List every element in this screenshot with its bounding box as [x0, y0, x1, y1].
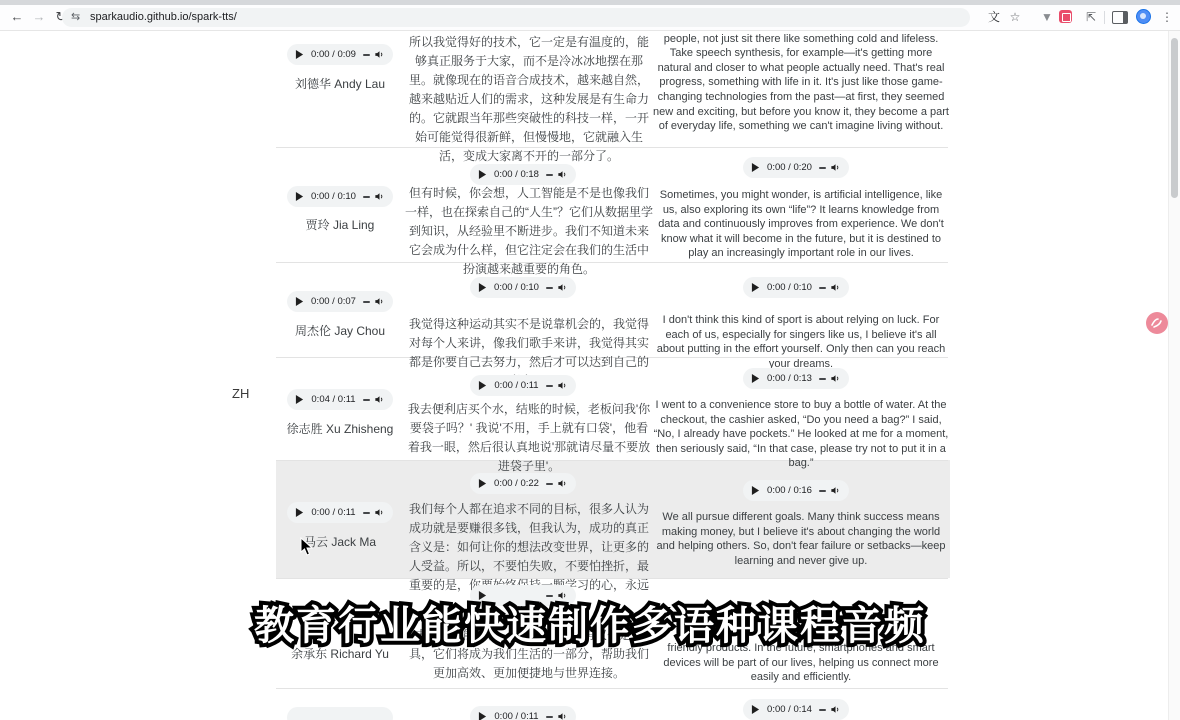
audio-player[interactable]: 0:00 / 0:10 [287, 186, 393, 207]
player-time: 0:00 / 0:07 [308, 296, 359, 307]
forward-icon[interactable]: → [30, 8, 48, 26]
english-text: Sometimes, you might wonder, is artifici… [653, 188, 949, 261]
language-section-label: ZH [232, 386, 249, 401]
player-time: 0:00 / 0:22 [491, 478, 542, 489]
speaker-name: 马云 Jack Ma [265, 533, 415, 550]
player-time: 0:00 / 0:11 [491, 380, 542, 391]
url-text[interactable]: sparkaudio.github.io/spark-tts/ [90, 11, 237, 23]
english-text: I went to a convenience store to buy a b… [653, 398, 949, 471]
volume-icon[interactable] [830, 282, 841, 293]
speaker-name: 刘德华 Andy Lau [265, 75, 415, 92]
volume-icon[interactable] [830, 162, 841, 173]
share-square-icon[interactable]: ⇱ [1082, 9, 1100, 25]
seek-dash[interactable] [546, 287, 553, 289]
audio-player[interactable]: 0:00 / 0:22 [470, 473, 576, 494]
player-time: 0:00 / 0:11 [491, 711, 542, 720]
play-icon[interactable] [295, 297, 304, 306]
audio-player[interactable]: 0:00 / 0:10 [470, 277, 576, 298]
player-time: 0:00 / 0:14 [764, 704, 815, 715]
subtitle-overlay: 教育行业能快速制作多语种课程音频 教育行业能快速制作多语种课程音频 [0, 594, 1180, 651]
volume-icon[interactable] [557, 478, 568, 489]
audio-player[interactable]: 0:04 / 0:11 [287, 389, 393, 410]
seek-dash[interactable] [819, 167, 826, 169]
play-icon[interactable] [478, 170, 487, 179]
play-icon[interactable] [478, 479, 487, 488]
player-time: 0:00 / 0:13 [764, 373, 815, 384]
sidebar-panel-icon[interactable] [1112, 11, 1128, 24]
back-icon[interactable]: ← [8, 8, 26, 26]
player-time: 0:00 / 0:11 [308, 507, 359, 518]
speaker-name: 徐志胜 Xu Zhisheng [265, 420, 415, 437]
play-icon[interactable] [751, 705, 760, 714]
volume-icon[interactable] [830, 704, 841, 715]
volume-icon[interactable] [374, 49, 385, 60]
play-icon[interactable] [751, 283, 760, 292]
funnel-extension-icon[interactable]: ▼ [1038, 9, 1056, 25]
profile-avatar[interactable] [1136, 9, 1151, 24]
site-info-icon[interactable]: ⇆ [71, 10, 80, 23]
translate-icon[interactable]: 文 [985, 9, 1003, 25]
volume-icon[interactable] [374, 191, 385, 202]
play-icon[interactable] [295, 50, 304, 59]
chinese-text: 所以我觉得好的技术，它一定是有温度的，能够真正服务于大家，而不是冷冰冰地摆在那里… [405, 33, 653, 166]
english-text: We all pursue different goals. Many thin… [653, 510, 949, 568]
audio-player[interactable]: 0:00 / 0:18 [470, 164, 576, 185]
seek-dash[interactable] [819, 287, 826, 289]
volume-icon[interactable] [374, 507, 385, 518]
browser-toolbar: ← → ↻ ⇆ sparkaudio.github.io/spark-tts/ … [0, 5, 1180, 31]
audio-player[interactable]: 0:00 / 0:11 [470, 375, 576, 396]
audio-player[interactable]: 0:00 / 0:11 [287, 502, 393, 523]
seek-dash[interactable] [819, 490, 826, 492]
seek-dash[interactable] [363, 399, 370, 401]
play-icon[interactable] [295, 395, 304, 404]
scrollbar-track[interactable] [1168, 30, 1180, 720]
volume-icon[interactable] [557, 169, 568, 180]
player-time: 0:00 / 0:09 [308, 49, 359, 60]
seek-dash[interactable] [546, 174, 553, 176]
bookmark-star-icon[interactable]: ☆ [1006, 9, 1024, 25]
red-extension-icon[interactable] [1059, 10, 1072, 23]
seek-dash[interactable] [363, 512, 370, 514]
seek-dash[interactable] [546, 385, 553, 387]
player-time: 0:04 / 0:11 [308, 394, 359, 405]
play-icon[interactable] [751, 374, 760, 383]
seek-dash[interactable] [819, 709, 826, 711]
player-time: 0:00 / 0:10 [308, 191, 359, 202]
volume-icon[interactable] [830, 485, 841, 496]
chinese-text: 但有时候，你会想，人工智能是不是也像我们一样，也在探索自己的“人生”？它们从数据… [405, 184, 653, 279]
seek-dash[interactable] [363, 54, 370, 56]
menu-dots-icon[interactable]: ⋮ [1158, 9, 1176, 25]
screen: { "browser": { "url": "sparkaudio.github… [0, 0, 1180, 720]
subtitle-text: 教育行业能快速制作多语种课程音频 [254, 604, 926, 648]
seek-dash[interactable] [819, 378, 826, 380]
player-time: 0:00 / 0:10 [491, 282, 542, 293]
volume-icon[interactable] [557, 711, 568, 720]
audio-player[interactable]: 0:00 / 0:14 [743, 699, 849, 720]
play-icon[interactable] [751, 163, 760, 172]
english-text: I don't think this kind of sport is abou… [653, 313, 949, 371]
mouse-cursor [300, 537, 314, 557]
seek-dash[interactable] [546, 483, 553, 485]
play-icon[interactable] [478, 283, 487, 292]
speaker-name: 贾玲 Jia Ling [265, 216, 415, 233]
row-divider [276, 688, 948, 689]
volume-icon[interactable] [557, 380, 568, 391]
play-icon[interactable] [478, 712, 487, 720]
audio-player[interactable]: 0:00 / 0:11 [470, 706, 576, 720]
scrollbar-thumb[interactable] [1171, 38, 1178, 198]
volume-icon[interactable] [830, 373, 841, 384]
player-time: 0:00 / 0:18 [491, 169, 542, 180]
seek-dash[interactable] [363, 301, 370, 303]
floating-widget-button[interactable] [1146, 312, 1168, 334]
volume-icon[interactable] [374, 394, 385, 405]
player-time: 0:00 / 0:16 [764, 485, 815, 496]
english-text: I think good technology should feel warm… [653, 17, 949, 134]
audio-player[interactable]: 0:00 / 0:20 [743, 157, 849, 178]
audio-player[interactable]: 0:00 / 0:10 [743, 277, 849, 298]
audio-player[interactable] [287, 707, 393, 720]
player-time: 0:00 / 0:20 [764, 162, 815, 173]
audio-player[interactable]: 0:00 / 0:13 [743, 368, 849, 389]
play-icon[interactable] [478, 381, 487, 390]
play-icon[interactable] [295, 192, 304, 201]
audio-player[interactable]: 0:00 / 0:09 [287, 44, 393, 65]
chinese-text: 我去便利店买个水，结账的时候，老板问我'你要袋子吗？' 我说'不用，手上就有口袋… [405, 400, 653, 476]
address-bar[interactable]: ⇆ sparkaudio.github.io/spark-tts/ [62, 8, 970, 27]
seek-dash[interactable] [363, 196, 370, 198]
speaker-name: 周杰伦 Jay Chou [265, 322, 415, 339]
player-time: 0:00 / 0:10 [764, 282, 815, 293]
play-icon[interactable] [751, 486, 760, 495]
play-icon[interactable] [295, 508, 304, 517]
toolbar-separator [1104, 11, 1105, 24]
audio-player[interactable]: 0:00 / 0:07 [287, 291, 393, 312]
widget-logo-icon [1150, 316, 1164, 330]
audio-player[interactable]: 0:00 / 0:16 [743, 480, 849, 501]
volume-icon[interactable] [374, 296, 385, 307]
seek-dash[interactable] [546, 716, 553, 718]
volume-icon[interactable] [557, 282, 568, 293]
